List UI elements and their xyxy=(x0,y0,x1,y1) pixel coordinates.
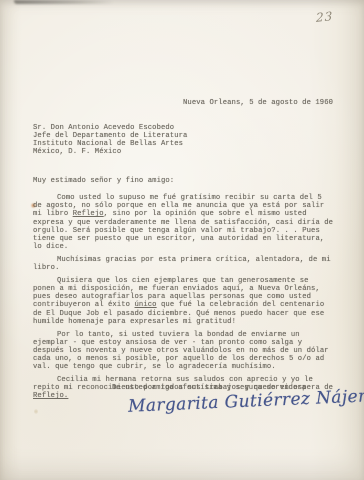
paragraph-2: Muchísimas gracias por esta primera crít… xyxy=(33,256,334,272)
paragraph-3: Quisiera que los cien ejemplares que tan… xyxy=(33,277,334,326)
recipient-city: México, D. F. México xyxy=(33,148,187,156)
page-number-pencil: 23 xyxy=(316,9,333,25)
letter-page: 23 Nueva Orleans, 5 de agosto de 1960 Sr… xyxy=(0,0,364,480)
date-line: Nueva Orleans, 5 de agosto de 1960 xyxy=(183,99,333,107)
recipient-name: Sr. Don Antonio Acevedo Escobedo xyxy=(33,124,187,132)
paragraph-1: Como usted lo supuso me fué gratísimo re… xyxy=(33,194,334,251)
recipient-address-block: Sr. Don Antonio Acevedo Escobedo Jefe de… xyxy=(33,124,187,156)
paragraph-4: Por lo tanto, si usted tuviera la bondad… xyxy=(33,331,334,372)
book-title-underlined-closing: Reflejo. xyxy=(33,392,68,400)
letter-body: Como usted lo supuso me fué gratísimo re… xyxy=(33,194,334,405)
scan-edge-smudge xyxy=(14,0,114,4)
salutation-line: Muy estimado señor y fino amigo: xyxy=(33,177,174,185)
recipient-institution: Instituto Nacional de Bellas Artes xyxy=(33,140,187,148)
book-title-underlined: Reflejo xyxy=(73,210,104,218)
unico-underlined: único xyxy=(135,301,157,309)
paper-stain xyxy=(34,409,38,414)
recipient-title: Jefe del Departamento de Literatura xyxy=(33,132,187,140)
